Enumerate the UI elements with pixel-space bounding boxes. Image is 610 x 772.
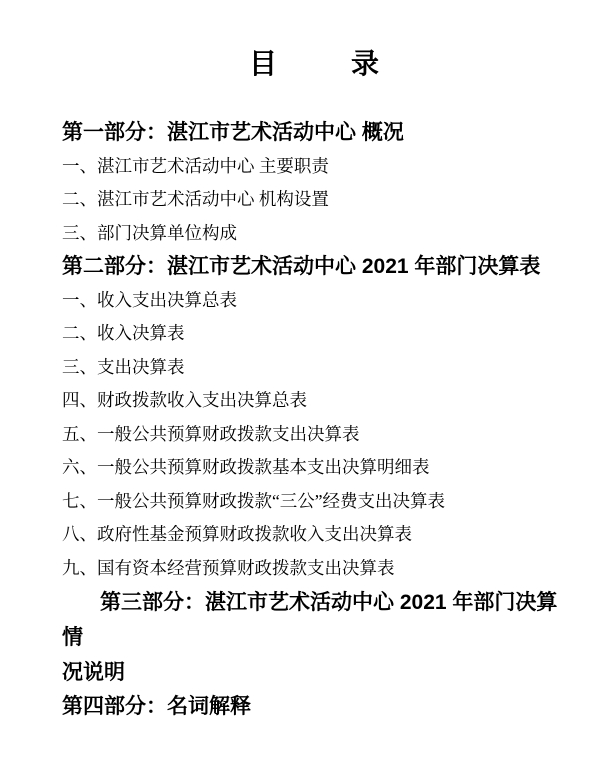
section-3-heading-line-1: 第三部分：湛江市艺术活动中心 2021 年部门决算情 — [62, 591, 557, 649]
section-1-heading: 第一部分：湛江市艺术活动中心 概况 — [62, 116, 566, 150]
toc-entry-2-8: 八、政府性基金预算财政拨款收入支出决算表 — [62, 518, 566, 552]
toc-entry-2-7: 七、一般公共预算财政拨款“三公”经费支出决算表 — [62, 485, 566, 519]
toc-entry-2-1: 一、收入支出决算总表 — [62, 284, 566, 318]
page-title-char-2: 录 — [351, 50, 379, 80]
toc-entry-2-3: 三、支出决算表 — [62, 351, 566, 385]
toc-entry-2-6: 六、一般公共预算财政拨款基本支出决算明细表 — [62, 451, 566, 485]
toc-entry-2-2: 二、收入决算表 — [62, 317, 566, 351]
section-2-heading: 第二部分：湛江市艺术活动中心 2021 年部门决算表 — [62, 250, 566, 284]
section-3-heading-line-2: 况说明 — [62, 661, 125, 684]
toc-entry-1-3: 三、部门决算单位构成 — [62, 217, 566, 251]
page-title-char-1: 目 — [249, 50, 277, 80]
section-4-heading: 第四部分：名词解释 — [62, 690, 566, 724]
toc-entry-1-1: 一、湛江市艺术活动中心 主要职责 — [62, 150, 566, 184]
toc-entry-2-9: 九、国有资本经营预算财政拨款支出决算表 — [62, 552, 566, 586]
toc-page: 目 录 第一部分：湛江市艺术活动中心 概况 一、湛江市艺术活动中心 主要职责 二… — [0, 0, 610, 772]
toc-entry-1-2: 二、湛江市艺术活动中心 机构设置 — [62, 183, 566, 217]
toc-entry-2-4: 四、财政拨款收入支出决算总表 — [62, 384, 566, 418]
page-title: 目 录 — [62, 50, 566, 80]
toc-entry-2-5: 五、一般公共预算财政拨款支出决算表 — [62, 418, 566, 452]
section-3-heading: 第三部分：湛江市艺术活动中心 2021 年部门决算情况说明 — [62, 585, 566, 690]
toc-body: 第一部分：湛江市艺术活动中心 概况 一、湛江市艺术活动中心 主要职责 二、湛江市… — [62, 116, 566, 724]
